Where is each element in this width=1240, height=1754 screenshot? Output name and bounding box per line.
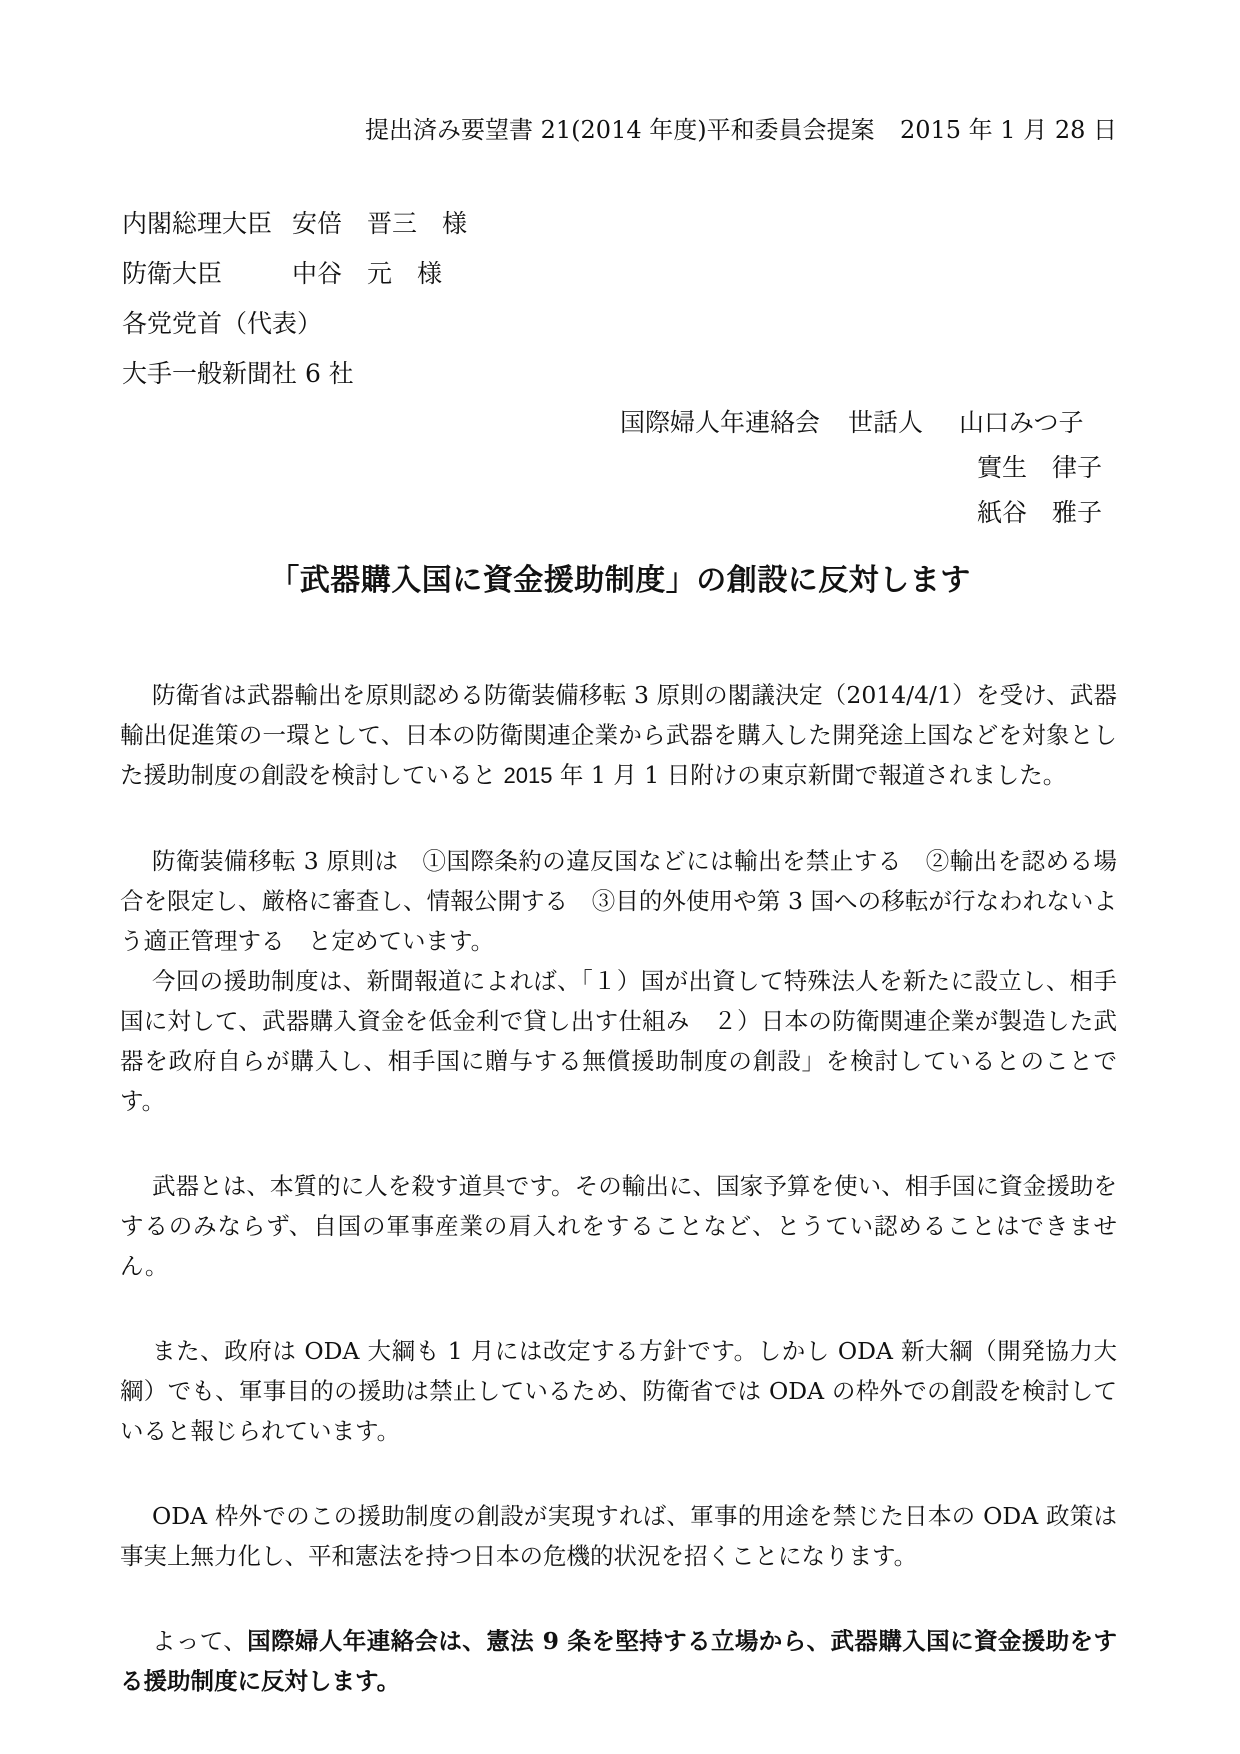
emphasized-conclusion: 国際婦人年連絡会は、憲法 9 条を堅持する立場から、武器購入国に資金援助をする援…	[120, 1627, 1117, 1695]
document-header: 提出済み要望書 21(2014 年度)平和委員会提案 2015 年 1 月 28…	[120, 112, 1117, 148]
paragraph-aid-scheme-details: 今回の援助制度は、新聞報道によれば、「１）国が出資して特殊法人を新たに設立し、相…	[120, 961, 1117, 1121]
paragraph-oda-outside-framework: ODA 枠外でのこの援助制度の創設が実現すれば、軍事的用途を禁じた日本の ODA…	[120, 1496, 1117, 1576]
recipient-title: 各党党首（代表）	[122, 305, 322, 355]
paragraph-oda-guidelines: また、政府は ODA 大綱も 1 月には改定する方針です。しかし ODA 新大綱…	[120, 1331, 1117, 1451]
sender-role: 世話人	[848, 408, 923, 437]
sender-block: 国際婦人年連絡会世話人山口みつ子 實生 律子 紙谷 雅子	[120, 400, 1117, 535]
header-label: 提出済み要望書 21(2014 年度)平和委員会提案	[365, 112, 875, 148]
paragraph-conclusion: よって、国際婦人年連絡会は、憲法 9 条を堅持する立場から、武器購入国に資金援助…	[120, 1621, 1117, 1701]
recipient-row: 防衛大臣 中谷 元 様	[122, 255, 467, 305]
year-2015-sans: 2015	[503, 763, 552, 788]
recipient-title: 内閣総理大臣	[122, 205, 292, 255]
recipient-name: 中谷 元 様	[292, 255, 442, 305]
sender-line: 国際婦人年連絡会世話人山口みつ子	[620, 400, 1117, 445]
recipient-row: 大手一般新聞社 6 社	[122, 355, 467, 405]
sender-representative: 山口みつ子	[959, 408, 1084, 437]
recipient-row: 内閣総理大臣 安倍 晋三 様	[122, 205, 467, 255]
recipient-row: 各党党首（代表）	[122, 305, 467, 355]
paragraph-weapons-are-tools: 武器とは、本質的に人を殺す道具です。その輸出に、国家予算を使い、相手国に資金援助…	[120, 1166, 1117, 1286]
header-date: 2015 年 1 月 28 日	[900, 112, 1117, 148]
sender-representative: 實生 律子	[120, 445, 1117, 490]
recipient-list: 内閣総理大臣 安倍 晋三 様 防衛大臣 中谷 元 様 各党党首（代表） 大手一般…	[122, 205, 467, 405]
sender-representative: 紙谷 雅子	[120, 490, 1117, 535]
paragraph-defense-ministry-report: 防衛省は武器輸出を原則認める防衛装備移転 3 原則の閣議決定（2014/4/1）…	[120, 675, 1117, 796]
paragraph-text: 年 1 月 1 日附けの東京新聞で報道されました。	[552, 761, 1066, 789]
recipient-name: 安倍 晋三 様	[292, 205, 467, 255]
recipient-title: 防衛大臣	[122, 255, 292, 305]
document-body: 防衛省は武器輸出を原則認める防衛装備移転 3 原則の閣議決定（2014/4/1）…	[120, 675, 1117, 1746]
document-page: 提出済み要望書 21(2014 年度)平和委員会提案 2015 年 1 月 28…	[0, 0, 1240, 1754]
document-title: 「武器購入国に資金援助制度」の創設に反対します	[0, 560, 1240, 602]
paragraph-three-principles: 防衛装備移転 3 原則は ①国際条約の違反国などには輸出を禁止する ②輸出を認め…	[120, 841, 1117, 961]
conclusion-lead: よって、	[152, 1627, 247, 1655]
sender-organization: 国際婦人年連絡会	[620, 408, 820, 437]
recipient-title: 大手一般新聞社 6 社	[122, 355, 354, 405]
